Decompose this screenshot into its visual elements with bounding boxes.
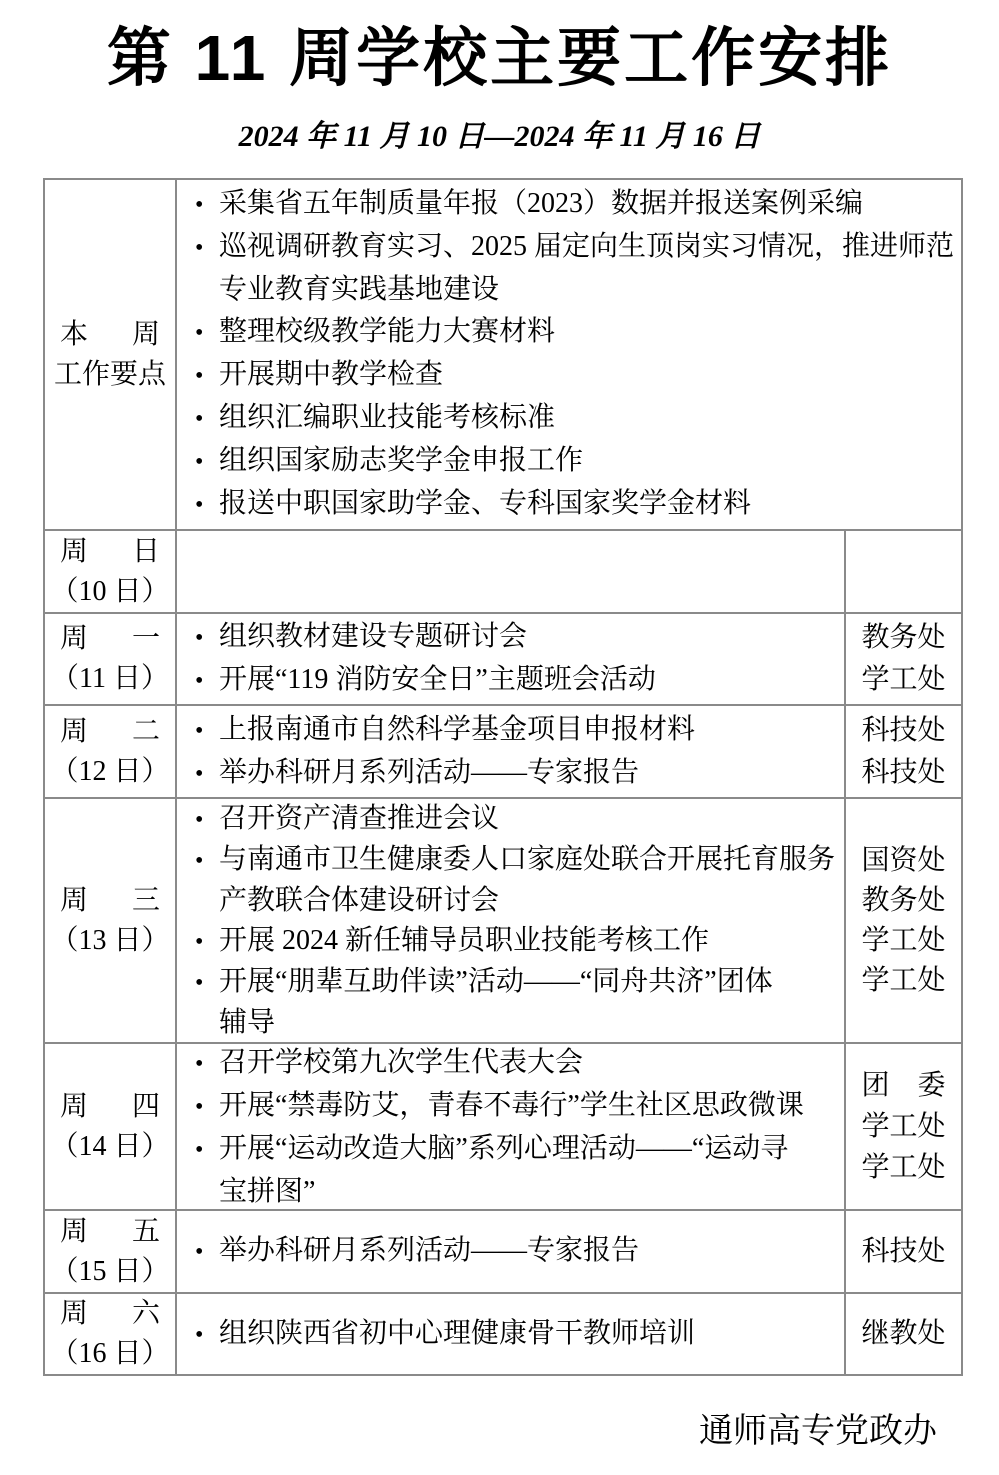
- day-date: （12 日）: [51, 752, 170, 792]
- summary-content: • 采集省五年制质量年报（2023）数据并报送案例采编 • 巡视调研教育实习、2…: [175, 180, 961, 529]
- work-item-line: • 整理校级教学能力大赛材料: [195, 311, 955, 354]
- bullet-icon: •: [195, 1087, 219, 1128]
- day-name: 周 四: [60, 1087, 160, 1127]
- day-content: • 组织陕西省初中心理健康骨干教师培训: [175, 1294, 844, 1374]
- day-date: （10 日）: [51, 572, 170, 612]
- work-item-line: 宝拼图”: [195, 1171, 838, 1210]
- bullet-icon: •: [195, 1314, 219, 1356]
- work-item-line: • 开展“119 消防安全日”主题班会活动: [195, 659, 838, 702]
- bullet-icon: •: [195, 922, 219, 962]
- bullet-icon: •: [195, 710, 219, 752]
- department-label: 学工处: [846, 961, 961, 1001]
- day-name: 周 三: [60, 881, 160, 921]
- summary-label-line2: 工作要点: [54, 355, 166, 395]
- day-content: • 组织教材建设专题研讨会 • 开展“119 消防安全日”主题班会活动: [175, 614, 844, 704]
- department-label: 团 委: [846, 1065, 961, 1106]
- work-item-text: 辅导: [219, 1003, 275, 1043]
- bullet-icon: •: [195, 484, 219, 526]
- bullet-icon: •: [195, 398, 219, 440]
- work-item-line: • 上报南通市自然科学基金项目申报材料: [195, 709, 838, 752]
- page-title: 第 11 周学校主要工作安排: [0, 0, 999, 94]
- day-row-mon: 周 一 （11 日） • 组织教材建设专题研讨会 • 开展“119 消防安全日”…: [45, 612, 961, 704]
- day-departments: 国资处教务处学工处学工处: [844, 799, 961, 1042]
- day-name-char: 周: [60, 1087, 88, 1127]
- day-name: 周 日: [60, 532, 160, 572]
- day-departments: 科技处: [844, 1211, 961, 1292]
- work-item-text: 开展“禁毒防艾，青春不毒行”学生社区思政微课: [219, 1085, 804, 1126]
- day-name-char: 五: [132, 1212, 160, 1252]
- date-range: 2024 年 11 月 10 日—2024 年 11 月 16 日: [0, 120, 999, 154]
- day-date: （11 日）: [51, 659, 169, 699]
- day-row-sun: 周 日 （10 日）: [45, 529, 961, 612]
- department-label: 教务处: [846, 881, 961, 921]
- work-item-text: 专业教育实践基地建设: [219, 269, 499, 311]
- department-label: 继教处: [846, 1313, 961, 1355]
- day-date: （13 日）: [51, 921, 170, 961]
- day-date: （15 日）: [51, 1252, 170, 1292]
- work-item-text: 召开学校第九次学生代表大会: [219, 1044, 583, 1083]
- schedule-table: 本 周 工作要点 • 采集省五年制质量年报（2023）数据并报送案例采编 • 巡…: [43, 178, 963, 1376]
- department-label: 国资处: [846, 841, 961, 881]
- day-label: 周 四 （14 日）: [45, 1044, 175, 1209]
- day-date: （16 日）: [51, 1334, 170, 1374]
- summary-label: 本 周 工作要点: [45, 180, 175, 529]
- department-label: 学工处: [846, 1147, 961, 1188]
- bullet-icon: •: [195, 800, 219, 840]
- day-name: 周 五: [60, 1212, 160, 1252]
- summary-label-char: 周: [132, 315, 160, 355]
- work-item-text: 整理校级教学能力大赛材料: [219, 311, 555, 353]
- work-item-line: • 召开资产清查推进会议: [195, 799, 838, 840]
- document-page: 第 11 周学校主要工作安排 2024 年 11 月 10 日—2024 年 1…: [0, 0, 999, 1475]
- day-departments: 继教处: [844, 1294, 961, 1374]
- day-name: 周 二: [60, 712, 160, 752]
- summary-label-line1: 本 周: [60, 315, 160, 355]
- day-row-thu: 周 四 （14 日） • 召开学校第九次学生代表大会 • 开展“禁毒防艾，青春不…: [45, 1042, 961, 1209]
- day-label: 周 三 （13 日）: [45, 799, 175, 1042]
- work-item-line: • 举办科研月系列活动——专家报告: [195, 1230, 838, 1273]
- bullet-icon: •: [195, 227, 219, 269]
- work-item-line: • 召开学校第九次学生代表大会: [195, 1044, 838, 1085]
- day-name-char: 周: [60, 881, 88, 921]
- bullet-icon: •: [195, 1130, 219, 1171]
- bullet-icon: •: [195, 1231, 219, 1273]
- day-label: 周 一 （11 日）: [45, 614, 175, 704]
- department-label: 学工处: [846, 1106, 961, 1147]
- work-item-text: 开展期中教学检查: [219, 354, 443, 396]
- footer-signature: 通师高专党政办: [699, 1412, 937, 1452]
- work-item-line: • 组织国家励志奖学金申报工作: [195, 440, 955, 483]
- day-label: 周 五 （15 日）: [45, 1211, 175, 1292]
- bullet-icon: •: [195, 312, 219, 354]
- work-item-line: 产教联合体建设研讨会: [195, 881, 838, 921]
- work-item-text: 组织国家励志奖学金申报工作: [219, 440, 583, 482]
- work-item-text: 宝拼图”: [219, 1171, 315, 1210]
- work-item-line: • 采集省五年制质量年报（2023）数据并报送案例采编: [195, 183, 955, 226]
- work-item-line: • 开展“运动改造大脑”系列心理活动——“运动寻: [195, 1128, 838, 1171]
- day-departments: [844, 531, 961, 612]
- work-item-line: • 报送中职国家助学金、专科国家奖学金材料: [195, 483, 955, 526]
- day-row-wed: 周 三 （13 日） • 召开资产清查推进会议 • 与南通市卫生健康委人口家庭处…: [45, 797, 961, 1042]
- day-departments: 教务处学工处: [844, 614, 961, 704]
- work-item-text: 召开资产清查推进会议: [219, 799, 499, 839]
- bullet-icon: •: [195, 841, 219, 881]
- day-name-char: 三: [132, 881, 160, 921]
- work-item-line: 辅导: [195, 1003, 838, 1043]
- day-label: 周 二 （12 日）: [45, 706, 175, 797]
- department-label: 教务处: [846, 617, 961, 659]
- day-content: • 召开学校第九次学生代表大会 • 开展“禁毒防艾，青春不毒行”学生社区思政微课…: [175, 1044, 844, 1209]
- day-departments: 科技处科技处: [844, 706, 961, 797]
- summary-row: 本 周 工作要点 • 采集省五年制质量年报（2023）数据并报送案例采编 • 巡…: [45, 180, 961, 529]
- work-item-text: 开展 2024 新任辅导员职业技能考核工作: [219, 921, 709, 961]
- day-row-tue: 周 二 （12 日） • 上报南通市自然科学基金项目申报材料 • 举办科研月系列…: [45, 704, 961, 797]
- day-label: 周 日 （10 日）: [45, 531, 175, 612]
- work-item-line: 专业教育实践基地建设: [195, 269, 955, 311]
- work-item-text: 组织教材建设专题研讨会: [219, 616, 527, 658]
- day-name: 周 一: [60, 619, 160, 659]
- day-name-char: 六: [132, 1294, 160, 1334]
- day-row-fri: 周 五 （15 日） • 举办科研月系列活动——专家报告 科技处: [45, 1209, 961, 1292]
- day-name-char: 四: [132, 1087, 160, 1127]
- summary-label-char: 本: [60, 315, 88, 355]
- work-item-text: 举办科研月系列活动——专家报告: [219, 752, 639, 794]
- work-item-line: • 开展 2024 新任辅导员职业技能考核工作: [195, 921, 838, 962]
- day-content: • 上报南通市自然科学基金项目申报材料 • 举办科研月系列活动——专家报告: [175, 706, 844, 797]
- day-row-sat: 周 六 （16 日） • 组织陕西省初中心理健康骨干教师培训 继教处: [45, 1292, 961, 1374]
- day-name-char: 周: [60, 1294, 88, 1334]
- department-label: 学工处: [846, 921, 961, 961]
- work-item-text: 举办科研月系列活动——专家报告: [219, 1230, 639, 1272]
- day-name: 周 六: [60, 1294, 160, 1334]
- bullet-icon: •: [195, 617, 219, 659]
- work-item-line: • 与南通市卫生健康委人口家庭处联合开展托育服务: [195, 840, 838, 881]
- work-item-line: • 开展“禁毒防艾，青春不毒行”学生社区思政微课: [195, 1085, 838, 1128]
- day-name-char: 周: [60, 619, 88, 659]
- day-name-char: 周: [60, 712, 88, 752]
- bullet-icon: •: [195, 355, 219, 397]
- day-name-char: 日: [132, 532, 160, 572]
- work-item-text: 报送中职国家助学金、专科国家奖学金材料: [219, 483, 751, 525]
- bullet-icon: •: [195, 753, 219, 795]
- bullet-icon: •: [195, 184, 219, 226]
- work-item-text: 上报南通市自然科学基金项目申报材料: [219, 709, 695, 751]
- work-item-text: 与南通市卫生健康委人口家庭处联合开展托育服务: [219, 840, 835, 880]
- day-name-char: 周: [60, 1212, 88, 1252]
- department-label: 科技处: [846, 1231, 961, 1273]
- day-date: （14 日）: [51, 1127, 170, 1167]
- work-item-line: • 开展“朋辈互助伴读”活动——“同舟共济”团体: [195, 962, 838, 1003]
- day-departments: 团 委学工处学工处: [844, 1044, 961, 1209]
- department-label: 科技处: [846, 710, 961, 752]
- work-item-text: 开展“运动改造大脑”系列心理活动——“运动寻: [219, 1128, 788, 1169]
- bullet-icon: •: [195, 963, 219, 1003]
- day-content: [175, 531, 844, 612]
- department-label: 科技处: [846, 752, 961, 794]
- day-content: • 举办科研月系列活动——专家报告: [175, 1211, 844, 1292]
- work-item-text: 采集省五年制质量年报（2023）数据并报送案例采编: [219, 183, 863, 225]
- bullet-icon: •: [195, 660, 219, 702]
- department-label: 学工处: [846, 659, 961, 701]
- work-item-text: 巡视调研教育实习、2025 届定向生顶岗实习情况，推进师范: [219, 226, 954, 268]
- day-name-char: 二: [132, 712, 160, 752]
- work-item-text: 组织陕西省初中心理健康骨干教师培训: [219, 1313, 695, 1355]
- work-item-line: • 组织汇编职业技能考核标准: [195, 397, 955, 440]
- work-item-line: • 组织教材建设专题研讨会: [195, 616, 838, 659]
- day-label: 周 六 （16 日）: [45, 1294, 175, 1374]
- work-item-text: 开展“119 消防安全日”主题班会活动: [219, 659, 656, 701]
- work-item-text: 开展“朋辈互助伴读”活动——“同舟共济”团体: [219, 962, 773, 1002]
- work-item-line: • 组织陕西省初中心理健康骨干教师培训: [195, 1313, 838, 1356]
- day-content: • 召开资产清查推进会议 • 与南通市卫生健康委人口家庭处联合开展托育服务 产教…: [175, 799, 844, 1042]
- bullet-icon: •: [195, 1044, 219, 1085]
- bullet-icon: •: [195, 441, 219, 483]
- work-item-line: • 开展期中教学检查: [195, 354, 955, 397]
- day-name-char: 周: [60, 532, 88, 572]
- work-item-text: 组织汇编职业技能考核标准: [219, 397, 555, 439]
- work-item-text: 产教联合体建设研讨会: [219, 881, 499, 921]
- work-item-line: • 举办科研月系列活动——专家报告: [195, 752, 838, 795]
- work-item-line: • 巡视调研教育实习、2025 届定向生顶岗实习情况，推进师范: [195, 226, 955, 269]
- day-name-char: 一: [132, 619, 160, 659]
